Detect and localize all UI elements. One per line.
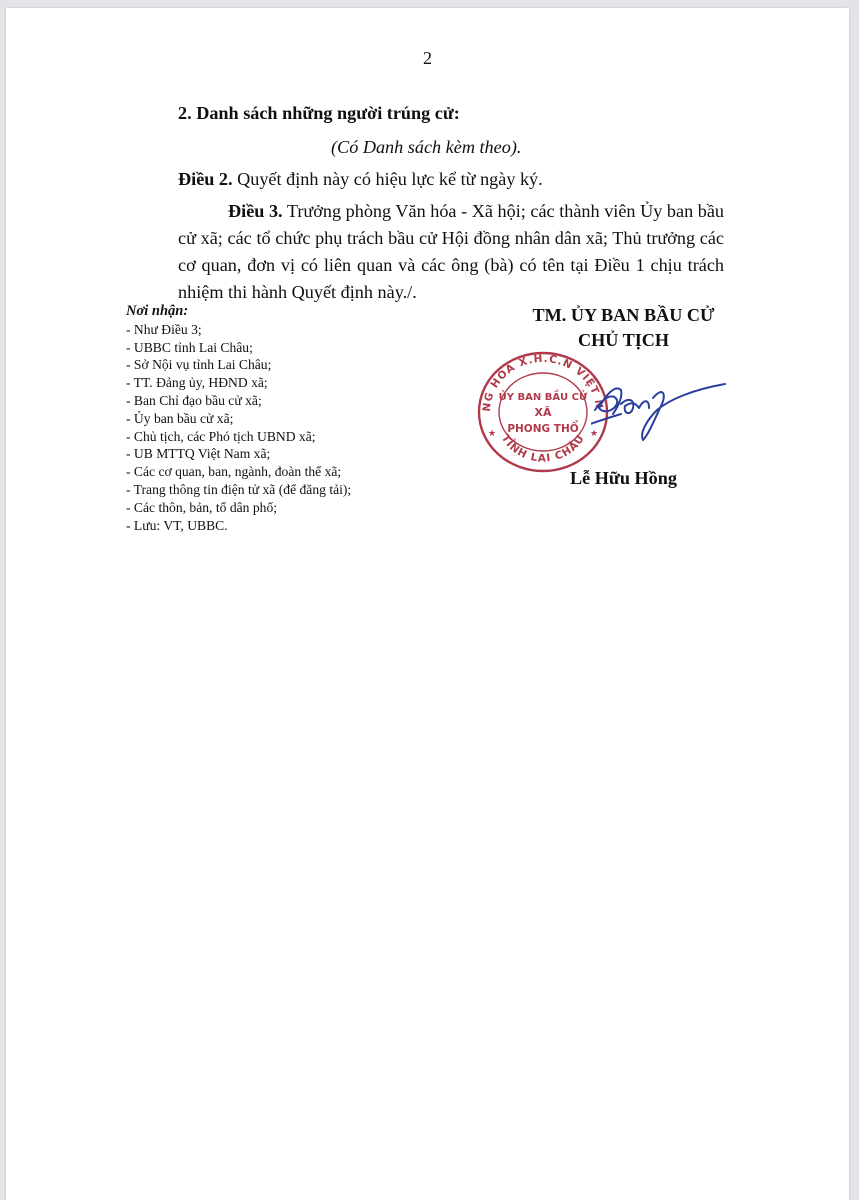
list-item: - Ủy ban bầu cử xã; bbox=[126, 410, 351, 428]
stamp-line3: PHONG THỔ bbox=[507, 420, 578, 435]
signature-title-line1: TM. ỦY BAN BẦU CỬ bbox=[496, 305, 751, 326]
document-page: 2 2. Danh sách những người trúng cử: (Có… bbox=[6, 8, 849, 1200]
list-item: - Chủ tịch, các Phó tịch UBND xã; bbox=[126, 428, 351, 446]
section-2-heading: 2. Danh sách những người trúng cử: bbox=[178, 100, 460, 127]
recipients-list: Nơi nhận: - Như Điều 3; - UBBC tỉnh Lai … bbox=[126, 303, 351, 534]
stamp-line1: ỦY BAN BẦU CỬ bbox=[499, 389, 588, 403]
list-item: - Trang thông tin điện tử xã (để đăng tả… bbox=[126, 481, 351, 499]
article-3-label: Điều 3. bbox=[228, 201, 283, 221]
list-item: - Sở Nội vụ tỉnh Lai Châu; bbox=[126, 356, 351, 374]
svg-text:TỈNH LAI CHÂU: TỈNH LAI CHÂU bbox=[499, 432, 587, 464]
list-item: - Các thôn, bản, tổ dân phố; bbox=[126, 499, 351, 517]
list-item: - Như Điều 3; bbox=[126, 321, 351, 339]
page-number: 2 bbox=[6, 48, 849, 69]
list-item: - Lưu: VT, UBBC. bbox=[126, 517, 351, 535]
section-2-note: (Có Danh sách kèm theo). bbox=[331, 134, 521, 161]
recipients-heading: Nơi nhận: bbox=[126, 303, 351, 321]
article-2-text: Quyết định này có hiệu lực kể từ ngày ký… bbox=[233, 169, 543, 189]
list-item: - TT. Đảng ủy, HĐND xã; bbox=[126, 374, 351, 392]
handwritten-signature-icon bbox=[591, 374, 726, 444]
article-2-label: Điều 2. bbox=[178, 169, 233, 189]
list-item: - Các cơ quan, ban, ngành, đoàn thể xã; bbox=[126, 463, 351, 481]
stamp-bottom-arc: TỈNH LAI CHÂU bbox=[499, 432, 587, 464]
signer-name: Lễ Hữu Hồng bbox=[496, 468, 751, 489]
list-item: - UB MTTQ Việt Nam xã; bbox=[126, 445, 351, 463]
stamp-line2: XÃ bbox=[535, 406, 552, 419]
list-item: - Ban Chỉ đạo bầu cử xã; bbox=[126, 392, 351, 410]
article-3: Điều 3. Trưởng phòng Văn hóa - Xã hội; c… bbox=[178, 198, 724, 306]
list-item: - UBBC tỉnh Lai Châu; bbox=[126, 339, 351, 357]
article-2: Điều 2. Quyết định này có hiệu lực kể từ… bbox=[178, 166, 543, 193]
svg-text:★: ★ bbox=[488, 429, 496, 439]
